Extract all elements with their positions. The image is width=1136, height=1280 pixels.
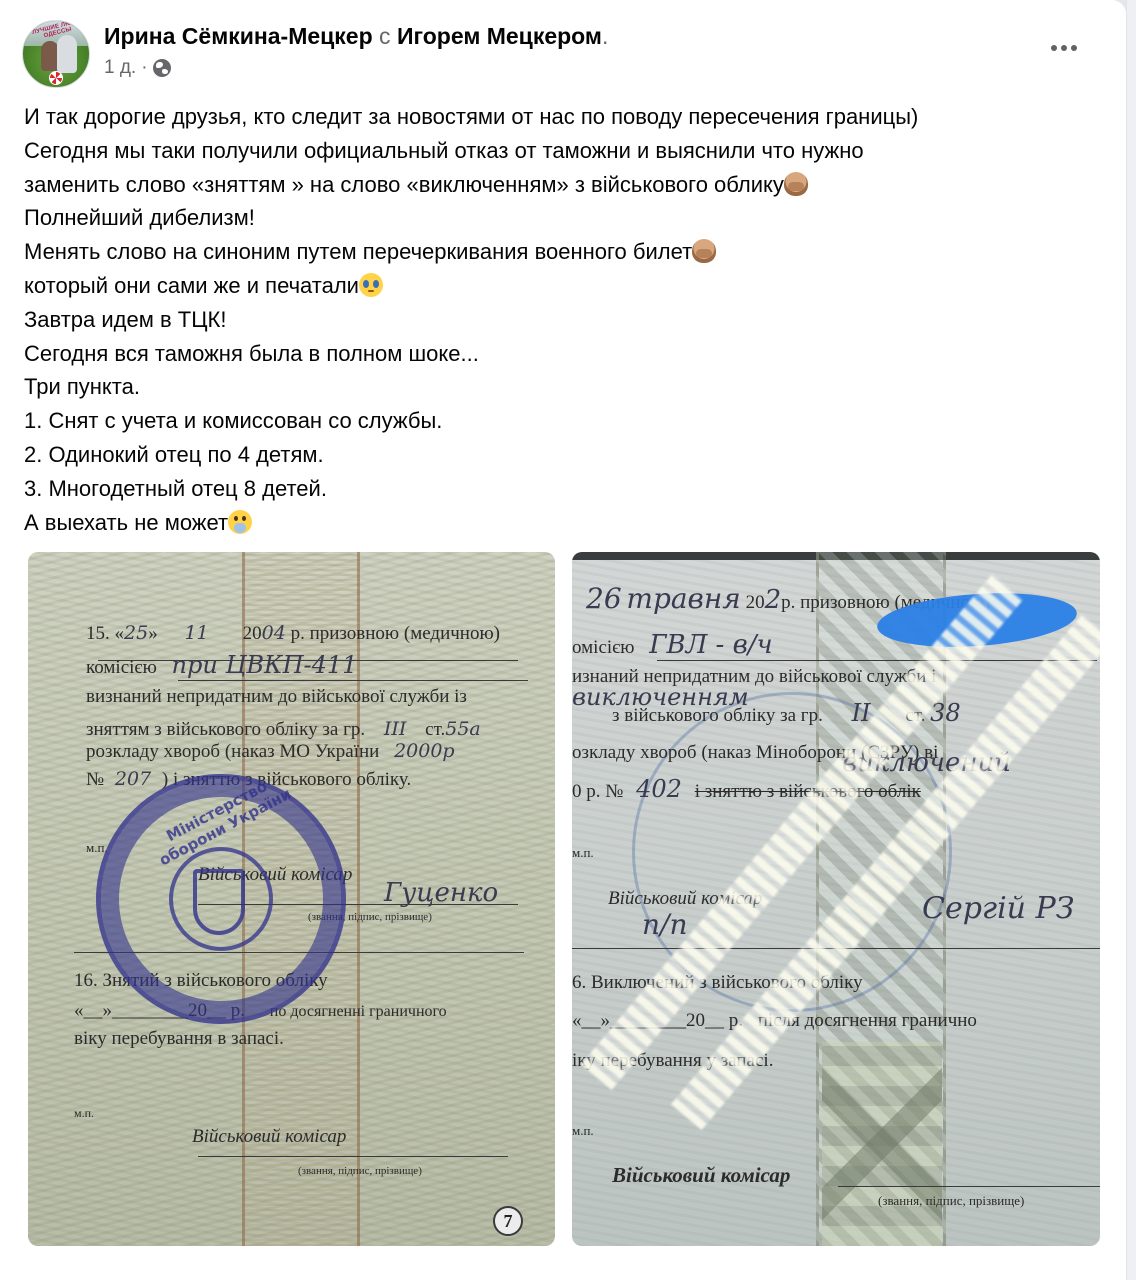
post-body-text: И так дорогие друзья, кто следит за ново… — [24, 100, 1114, 539]
photo-military-id-right[interactable]: 26 травня 202р. призовною (медичною) омі… — [572, 552, 1100, 1246]
rule — [178, 680, 528, 681]
author-avatar[interactable]: ЛУЧШИЕ ЛЮДИ ОДЕССЫ — [22, 20, 90, 88]
tagged-suffix: . — [602, 23, 608, 49]
see-no-evil-monkey-icon — [692, 239, 716, 263]
doc-line-2: омісією ГВЛ - в/ч — [572, 634, 773, 659]
lifebuoy-icon — [49, 71, 63, 85]
photo-grid: 15. «25» 112004 р. призовною (медичною) … — [28, 552, 1100, 1246]
post-text-content: А выехать не может — [24, 510, 228, 535]
post-meta: 1 д. · — [104, 56, 171, 80]
post-text-line: 3. Многодетный отец 8 детей. — [24, 472, 1114, 506]
post-text-line: Сегодня мы таки получили официальный отк… — [24, 134, 1114, 168]
globe-icon[interactable] — [153, 59, 171, 77]
post-text-content: Сегодня мы таки получили официальный отк… — [24, 138, 864, 163]
doc-line-5: розкладу хвороб (наказ МО України 2000р — [86, 740, 455, 763]
post-text-line: А выехать не может — [24, 506, 1114, 540]
more-options-button[interactable] — [1046, 36, 1082, 60]
post-text-content: Три пункта. — [24, 374, 140, 399]
post-text-content: Менять слово на синоним путем перечеркив… — [24, 239, 692, 264]
doc-signature: Сергій РЗ — [922, 898, 1074, 920]
post-text-line: Три пункта. — [24, 370, 1114, 404]
post-text-line: 2. Одинокий отец по 4 детям. — [24, 438, 1114, 472]
doc-line-3: визнаний непридатним до військової служб… — [86, 686, 467, 708]
rule — [198, 1156, 508, 1157]
face-with-hand-over-mouth-icon — [228, 510, 252, 534]
doc-signature: Гуценко — [384, 882, 498, 904]
avatar-person — [57, 35, 77, 73]
rule — [838, 1186, 1100, 1187]
tagged-user-link[interactable]: Игорем Мецкером — [397, 23, 602, 49]
doc-line-1: 15. «25» 112004 р. призовною (медичною) — [86, 622, 500, 645]
post-text-content: Сегодня вся таможня была в полном шоке..… — [24, 341, 479, 366]
rule — [657, 660, 1097, 661]
author-name-link[interactable]: Ирина Сёмкина-Мецкер — [104, 23, 373, 49]
post-text-content: который они сами же и печатали — [24, 273, 359, 298]
post-timestamp-link[interactable]: 1 д. — [104, 56, 136, 80]
post-text-content: Полнейший дибелизм! — [24, 205, 255, 230]
doc-mp2: м.п. — [572, 1120, 594, 1142]
post-text-content: Завтра идем в ТЦК! — [24, 307, 226, 332]
post-text-line: 1. Снят с учета и комиссован со службы. — [24, 404, 1114, 438]
pleading-face-icon — [359, 273, 383, 297]
post-text-line: заменить слово «зняттям » на слово «викл… — [24, 168, 1114, 202]
doc-mp2: м.п. — [74, 1102, 94, 1124]
more-dot-icon — [1051, 45, 1057, 51]
doc-commissar2: Військовий комісар — [612, 1164, 790, 1186]
window-edge — [1126, 0, 1136, 1280]
more-dot-icon — [1071, 45, 1077, 51]
photo-military-id-left[interactable]: 15. «25» 112004 р. призовною (медичною) … — [28, 552, 555, 1246]
doc-commissar2: Військовий комісар — [192, 1126, 346, 1148]
with-word: с — [379, 23, 391, 49]
doc-line-2: комісією при ЦВКП-411 — [86, 654, 357, 679]
post-text-line: Завтра идем в ТЦК! — [24, 303, 1114, 337]
post-card: ЛУЧШИЕ ЛЮДИ ОДЕССЫ Ирина Сёмкина-Мецкер … — [0, 0, 1126, 1280]
post-text-line: Полнейший дибелизм! — [24, 201, 1114, 235]
post-text-line: Менять слово на синоним путем перечеркив… — [24, 235, 1114, 269]
doc-section-16-line2: віку перебування в запасі. — [74, 1028, 284, 1050]
official-stamp: Міністерство оборони України — [96, 774, 346, 1024]
meta-separator: · — [141, 56, 147, 80]
post-text-content: И так дорогие друзья, кто следит за ново… — [24, 104, 918, 129]
trident-icon — [193, 869, 245, 935]
post-text-content: 2. Одинокий отец по 4 детям. — [24, 442, 324, 467]
post-text-line: который они сами же и печатали — [24, 269, 1114, 303]
doc-commissar-hand: п/п — [642, 914, 688, 936]
doc-mp: м.п. — [572, 842, 594, 864]
post-header: ЛУЧШИЕ ЛЮДИ ОДЕССЫ Ирина Сёмкина-Мецкер … — [22, 18, 1096, 88]
see-no-evil-monkey-icon — [784, 172, 808, 196]
doc-line-4: зняттям з військового обліку за гр. III … — [86, 718, 481, 741]
author-line: Ирина Сёмкина-Мецкер с Игорем Мецкером. — [104, 22, 608, 50]
more-dot-icon — [1061, 45, 1067, 51]
ornament-pattern — [822, 1042, 942, 1246]
post-text-content: заменить слово «зняттям » на слово «викл… — [24, 172, 784, 197]
post-text-content: 3. Многодетный отец 8 детей. — [24, 476, 327, 501]
doc-caption2: (звання, підпис, прізвище) — [878, 1190, 1024, 1212]
post-text-line: И так дорогие друзья, кто следит за ново… — [24, 100, 1114, 134]
post-text-line: Сегодня вся таможня была в полном шоке..… — [24, 337, 1114, 371]
post-text-content: 1. Снят с учета и комиссован со службы. — [24, 408, 442, 433]
page-number: 7 — [493, 1206, 523, 1236]
doc-caption2: (звання, підпис, прізвище) — [298, 1160, 422, 1182]
